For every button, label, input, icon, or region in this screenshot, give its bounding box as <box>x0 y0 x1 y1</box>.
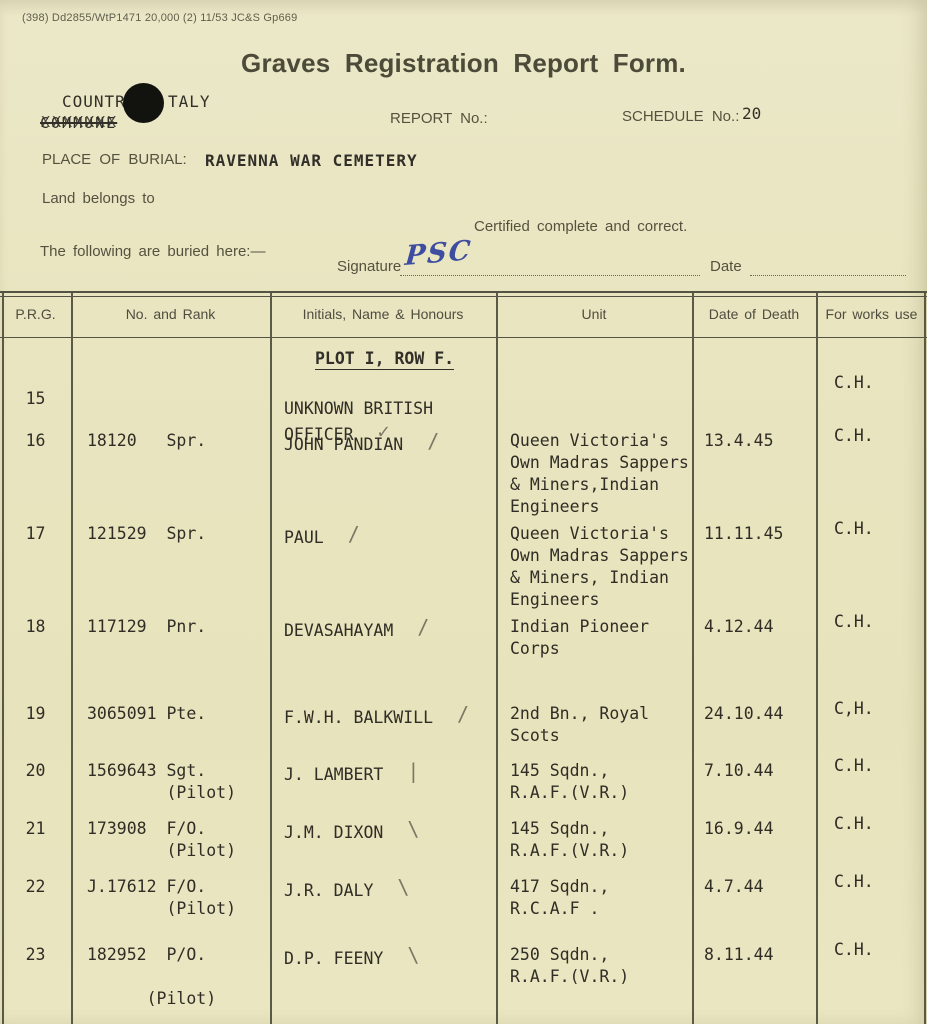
no-rank-cell: 173908 F/O. (Pilot) <box>87 818 267 862</box>
name-cell: JOHN PANDIAN/ <box>284 430 499 456</box>
table-column-line <box>924 293 926 1024</box>
column-header-prg: P.R.G. <box>0 306 71 322</box>
certified-text: Certified complete and correct. <box>474 218 687 235</box>
date-of-death-cell: 16.9.44 <box>704 818 816 840</box>
no-rank-cell: 121529 Spr. <box>87 523 267 545</box>
date-of-death-cell: 4.7.44 <box>704 876 816 898</box>
name-cell: J.R. DALY\ <box>284 876 499 902</box>
prg-cell: ✓23 <box>0 944 71 966</box>
prg-cell: ✓15 <box>0 372 71 410</box>
pencil-mark: / <box>417 615 429 639</box>
date-of-death-cell: 8.11.44 <box>704 944 816 966</box>
works-use-cell: C.H. <box>834 372 926 394</box>
prg-cell: ✓19 <box>0 703 71 725</box>
works-use-cell: C.H. <box>834 813 926 835</box>
pencil-mark: \ <box>407 817 419 841</box>
unit-cell: Queen Victoria's Own Madras Sappers & Mi… <box>510 523 690 611</box>
unit-cell: Indian Pioneer Corps <box>510 616 690 660</box>
table-column-line <box>816 293 818 1024</box>
pencil-mark: \ <box>407 943 419 967</box>
table-column-line <box>270 293 272 1024</box>
place-of-burial-value: RAVENNA WAR CEMETERY <box>205 151 418 170</box>
schedule-no-label: SCHEDULE No.: <box>622 108 739 125</box>
name-cell: J. LAMBERT| <box>284 760 499 786</box>
no-rank-cell: 182952 P/O. (Pilot) <box>87 944 267 1010</box>
country-value: TALY <box>168 92 211 111</box>
prg-cell: ✓16 <box>0 430 71 452</box>
name-cell: J.M. DIXON\ <box>284 818 499 844</box>
date-of-death-cell: 13.4.45 <box>704 430 816 452</box>
pencil-mark: / <box>427 429 439 453</box>
place-of-burial-label: PLACE OF BURIAL: <box>42 151 187 168</box>
date-of-death-cell: 11.11.45 <box>704 523 816 545</box>
report-no-label: REPORT No.: <box>390 110 488 127</box>
land-belongs-label: Land belongs to <box>42 190 155 207</box>
date-label: Date <box>710 258 742 275</box>
table-column-line <box>71 293 73 1024</box>
table-top-rule <box>0 291 927 293</box>
no-rank-cell: 117129 Pnr. <box>87 616 267 638</box>
date-of-death-cell: 24.10.44 <box>704 703 816 725</box>
no-rank-cell: 1569643 Sgt. (Pilot) <box>87 760 267 804</box>
signature-handwriting: PSC <box>404 235 474 272</box>
commune-strike-overlay: XXXXXXX <box>41 113 118 131</box>
works-use-cell: C.H. <box>834 611 926 633</box>
date-of-death-cell: 7.10.44 <box>704 760 816 782</box>
name-cell: F.W.H. BALKWILL/ <box>284 703 499 729</box>
schedule-no-value: 20 <box>742 104 761 123</box>
print-code: (398) Dd2855/WtP1471 20,000 (2) 11/53 JC… <box>22 12 297 24</box>
date-line <box>750 275 906 276</box>
works-use-cell: C,H. <box>834 698 926 720</box>
unit-cell: Queen Victoria's Own Madras Sappers & Mi… <box>510 430 690 518</box>
table-header-bottom-rule <box>0 337 927 338</box>
works-use-cell: C.H. <box>834 755 926 777</box>
scanned-form-page: (398) Dd2855/WtP1471 20,000 (2) 11/53 JC… <box>0 0 927 1024</box>
prg-cell: ✓18 <box>0 616 71 638</box>
works-use-cell: C.H. <box>834 518 926 540</box>
unit-cell: 145 Sqdn., R.A.F.(V.R.) <box>510 760 690 804</box>
table-top-rule-inner <box>0 296 927 297</box>
name-cell: PAUL/ <box>284 523 499 549</box>
column-header-works-use: For works use <box>816 306 927 322</box>
works-use-cell: C.H. <box>834 871 926 893</box>
date-of-death-cell: 4.12.44 <box>704 616 816 638</box>
unit-cell: 417 Sqdn., R.C.A.F . <box>510 876 690 920</box>
column-header-unit: Unit <box>496 306 692 322</box>
column-header-date-of-death: Date of Death <box>692 306 816 322</box>
works-use-cell: C.H. <box>834 425 926 447</box>
unit-cell: 145 Sqdn., R.A.F.(V.R.) <box>510 818 690 862</box>
column-header-name: Initials, Name & Honours <box>270 306 496 322</box>
no-rank-cell: 3065091 Pte. <box>87 703 267 725</box>
unit-cell: 250 Sqdn., R.A.F.(V.R.) <box>510 944 690 988</box>
pencil-mark: | <box>407 759 419 783</box>
buried-here-text: The following are buried here:— <box>40 243 265 260</box>
works-use-cell: C.H. <box>834 939 926 961</box>
pencil-mark: \ <box>397 875 409 899</box>
signature-line <box>400 275 700 276</box>
signature-label: Signature <box>337 258 401 275</box>
no-rank-cell: J.17612 F/O. (Pilot) <box>87 876 267 920</box>
plot-row-heading: PLOT I, ROW F. <box>315 349 454 370</box>
pencil-mark: / <box>348 522 360 546</box>
name-cell: DEVASAHAYAM/ <box>284 616 499 642</box>
no-rank-cell: 18120 Spr. <box>87 430 267 452</box>
column-header-no-rank: No. and Rank <box>71 306 270 322</box>
prg-cell: ✓17 <box>0 523 71 545</box>
prg-cell: ✓21 <box>0 818 71 840</box>
hole-punch <box>123 83 164 123</box>
name-cell: D.P. FEENY\ <box>284 944 499 970</box>
unit-cell: 2nd Bn., Royal Scots <box>510 703 690 747</box>
prg-cell: ✓22 <box>0 876 71 898</box>
pencil-mark: / <box>457 702 469 726</box>
form-title: Graves Registration Report Form. <box>0 48 927 79</box>
prg-cell: ✓20 <box>0 760 71 782</box>
table-column-line <box>692 293 694 1024</box>
